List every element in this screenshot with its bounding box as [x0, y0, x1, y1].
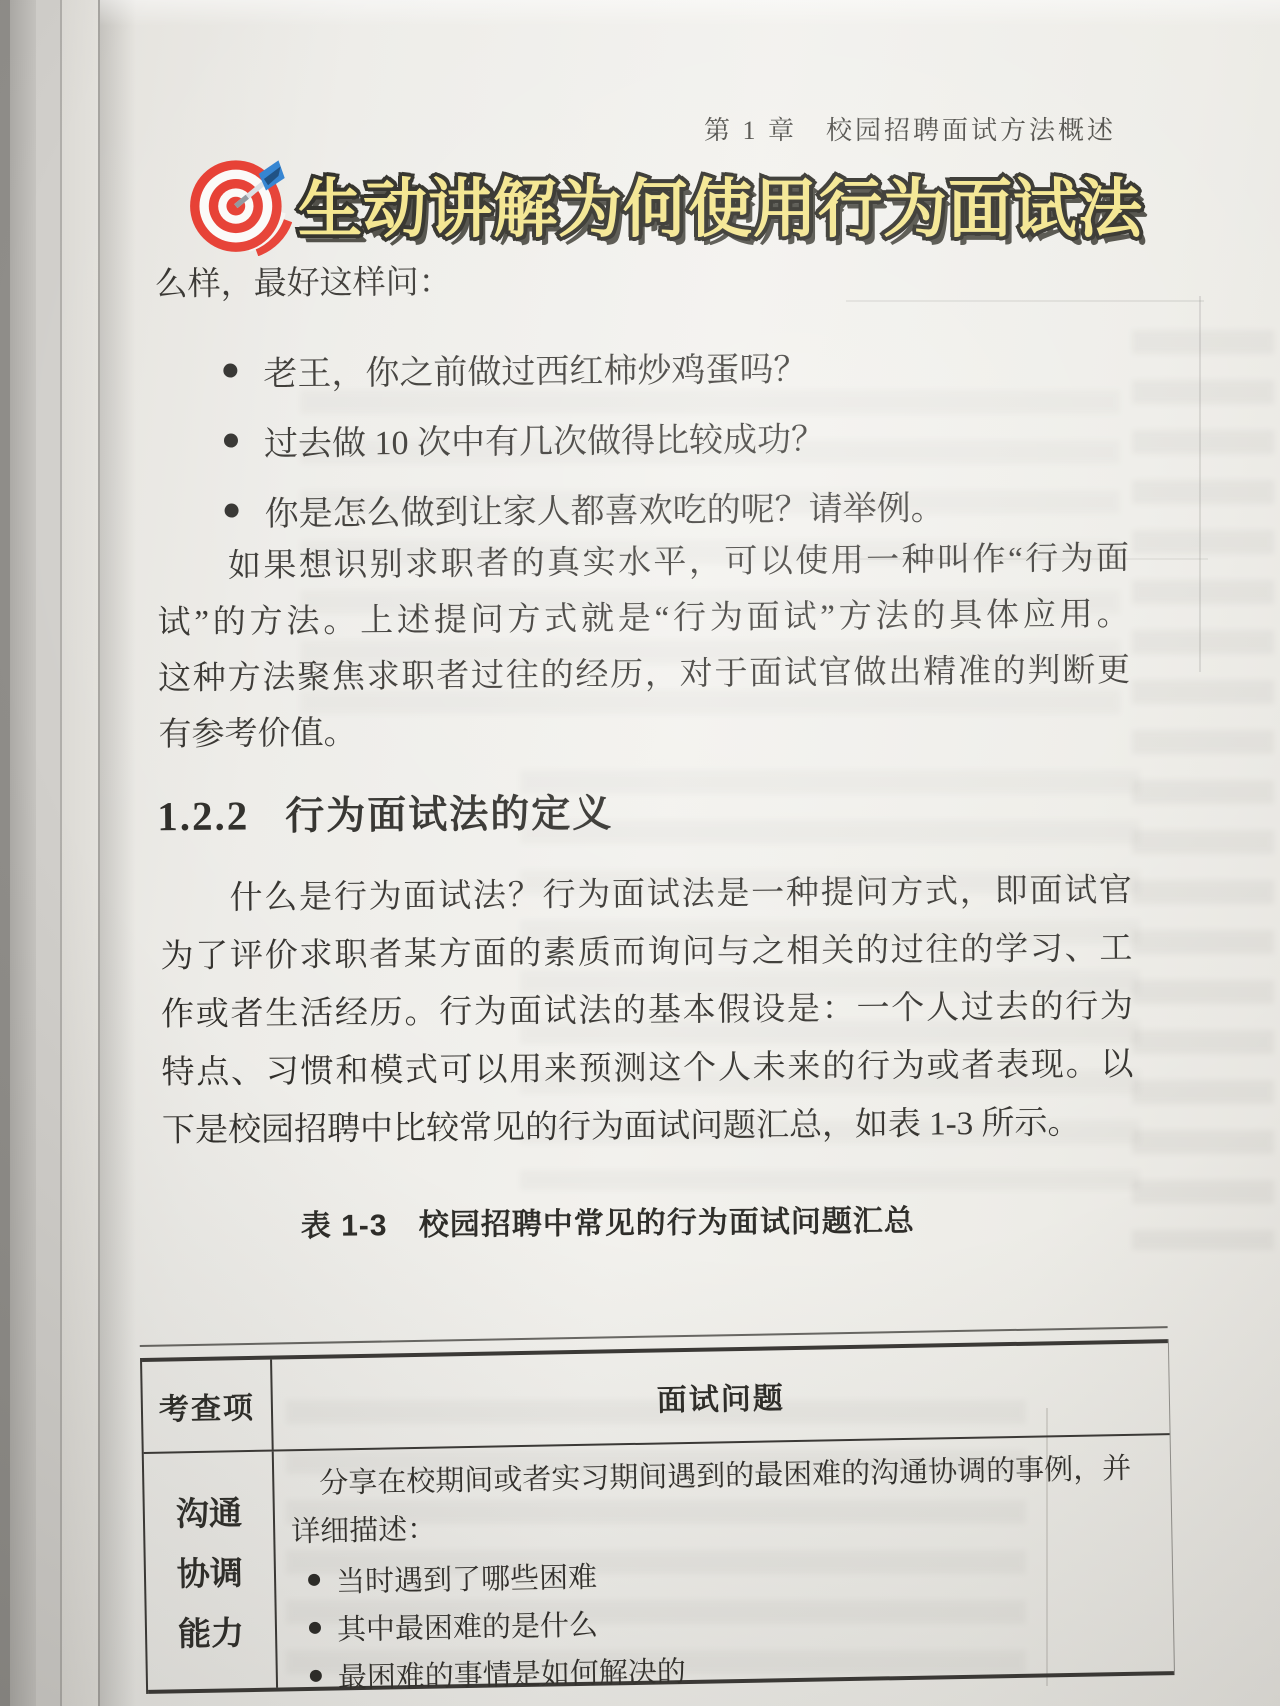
- item-line: 能力: [178, 1607, 245, 1655]
- bullet-icon: [308, 1574, 320, 1586]
- bullet-icon: [224, 433, 238, 447]
- table-header-row: 考查项 面试问题: [142, 1339, 1170, 1454]
- table-cell-item: 沟通 协调 能力: [144, 1452, 278, 1690]
- paragraph-line: 如果想识别求职者的真实水平，可以使用一种叫作“行为面: [157, 536, 1129, 590]
- section-heading: 1.2.2 行为面试法的定义: [157, 782, 613, 842]
- question-bullet-text: 最困难的事情是如何解决的: [337, 1649, 686, 1696]
- item-line: 协调: [176, 1547, 243, 1595]
- table-caption: 表 1-3 校园招聘中常见的行为面试问题汇总: [93, 1194, 1123, 1247]
- paragraph-line: 这种方法聚焦求职者过往的经历，对于面试官做出精准的判断更: [158, 648, 1130, 702]
- table-caption-label: 表 1-3: [301, 1209, 388, 1243]
- table-cell-question: 分享在校期间或者实习期间遇到的最困难的沟通协调的事例，并 详细描述： 当时遇到了…: [274, 1435, 1174, 1687]
- table-row: 沟通 协调 能力 分享在校期间或者实习期间遇到的最困难的沟通协调的事例，并 详细…: [144, 1435, 1174, 1694]
- column-header-question: 面试问题: [272, 1343, 1169, 1449]
- question-bullet-text: 其中最困难的是什么: [337, 1602, 599, 1648]
- paragraph-line: 试”的方法。上述提问方式就是“行为面试”方法的具体应用。: [157, 592, 1129, 646]
- list-item-text: 过去做 10 次中有几次做得比较成功？: [264, 411, 825, 465]
- bullet-icon: [223, 363, 237, 377]
- list-item: 过去做 10 次中有几次做得比较成功？: [224, 412, 825, 463]
- paragraph-line: 特点、习惯和模式可以用来预测这个人未来的行为或者表现。以: [161, 1042, 1133, 1096]
- bullet-icon: [310, 1670, 322, 1682]
- paragraph-line: 为了评价求职者某方面的素质而询问与之相关的过往的学习、工: [160, 926, 1132, 980]
- paragraph-line: 有参考价值。: [158, 704, 1130, 758]
- paragraph-line: 什么是行为面试法？行为面试法是一种提问方式，即面试官: [160, 868, 1132, 922]
- column-header-item: 考查项: [142, 1360, 274, 1452]
- list-item-text: 你是怎么做到让家人都喜欢吃的呢？请举例。: [264, 480, 944, 535]
- bullet-icon: [309, 1622, 321, 1634]
- list-item: 你是怎么做到让家人都喜欢吃的呢？请举例。: [224, 481, 944, 533]
- paragraph-line: 么样，最好这样问：: [154, 254, 1126, 308]
- question-table: 考查项 面试问题 沟通 协调 能力 分享在校期间或者实习期间遇到的最困难的沟通协…: [140, 1339, 1175, 1694]
- question-bullet-text: 当时遇到了哪些困难: [336, 1554, 598, 1600]
- item-line: 沟通: [175, 1487, 242, 1535]
- list-item-text: 老王，你之前做过西红柿炒鸡蛋吗？: [263, 341, 807, 395]
- bullet-icon: [225, 503, 239, 517]
- list-item: 老王，你之前做过西红柿炒鸡蛋吗？: [223, 343, 807, 394]
- section-number: 1.2.2: [157, 791, 249, 840]
- section-title: 行为面试法的定义: [285, 782, 613, 841]
- book-photo: 第 1 章 校园招聘面试方法概述 生动讲解为何使用行为面试法 么样，最好这样问：…: [0, 0, 1280, 1706]
- paragraph-line: 作或者生活经历。行为面试法的基本假设是：一个人过去的行为: [161, 984, 1133, 1038]
- paragraph-line: 下是校园招聘中比较常见的行为面试问题汇总，如表 1-3 所示。: [162, 1100, 1134, 1154]
- table-caption-text: 校园招聘中常见的行为面试问题汇总: [419, 1205, 915, 1242]
